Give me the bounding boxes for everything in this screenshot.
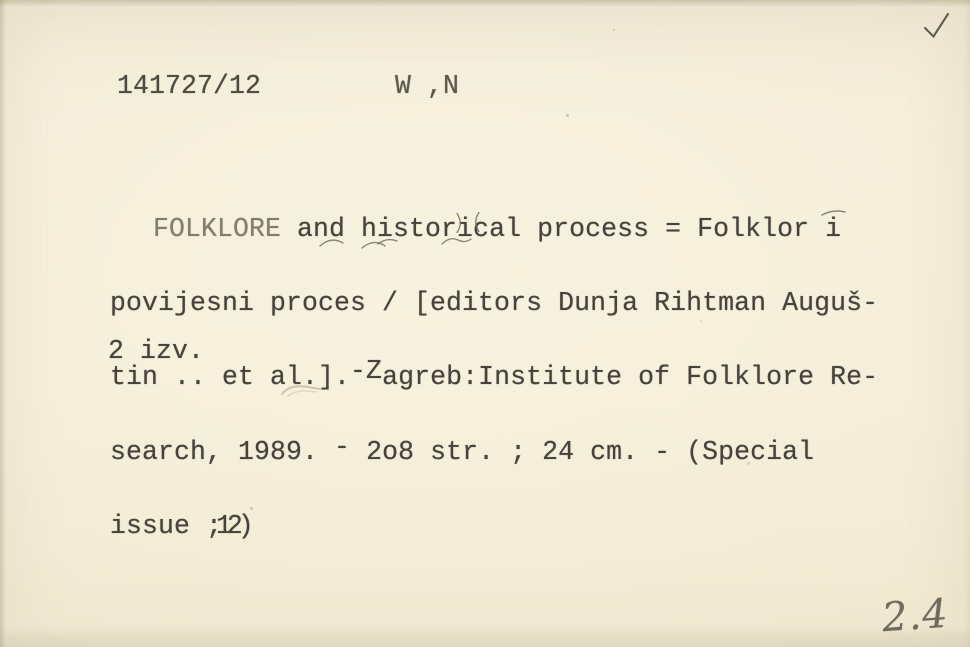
entry-line-5: issue ;12) — [110, 514, 940, 539]
entry-line-4: search, 1989. - 2o8 str. ; 24 cm. - (Spe… — [110, 440, 940, 465]
entry-line-3-colon: : — [462, 362, 478, 392]
classification-mark: W ,N — [395, 74, 459, 99]
entry-line-3-mid: agreb — [382, 362, 462, 392]
entry-line-4-post: 2o8 str. ; 24 cm. - (Special — [350, 437, 814, 467]
entry-line-4-pre: search, 1989. — [110, 437, 334, 467]
check-mark-icon — [923, 12, 951, 40]
entry-line-2: povijesni proces / [editors Dunja Rihtma… — [110, 291, 940, 316]
entry-line-1-rest: and historical process = Folklor i — [281, 214, 841, 244]
paper-speck — [613, 29, 615, 31]
catalog-card: 141727/12 W ,N FOLKLORE and historical p… — [0, 0, 970, 647]
raised-typed-dash: - — [334, 432, 350, 462]
issue-number-overstruck: 12) — [216, 511, 249, 541]
raised-typed-characters: -Z — [350, 356, 382, 386]
entry-lead-word: FOLKLORE — [153, 214, 281, 244]
entry-line-3: tin .. et al.].-Zagreb:Institute of Folk… — [110, 365, 940, 390]
entry-line-3-post: Institute of Folklore Re- — [478, 362, 878, 392]
scan-bottom-shadow — [0, 631, 970, 640]
entry-line-1: FOLKLORE and historical process = Folklo… — [110, 217, 940, 242]
call-number: 141727/12 — [117, 74, 261, 99]
catalog-entry: FOLKLORE and historical process = Folklo… — [110, 167, 940, 589]
copies-note: 2 izv. — [108, 339, 204, 364]
entry-line-5-pre: issue ; — [110, 511, 222, 541]
entry-line-3-pre: tin .. et al.]. — [110, 362, 350, 392]
paper-speck — [566, 114, 569, 117]
handwritten-shelf-mark: 2.4 — [880, 591, 950, 642]
